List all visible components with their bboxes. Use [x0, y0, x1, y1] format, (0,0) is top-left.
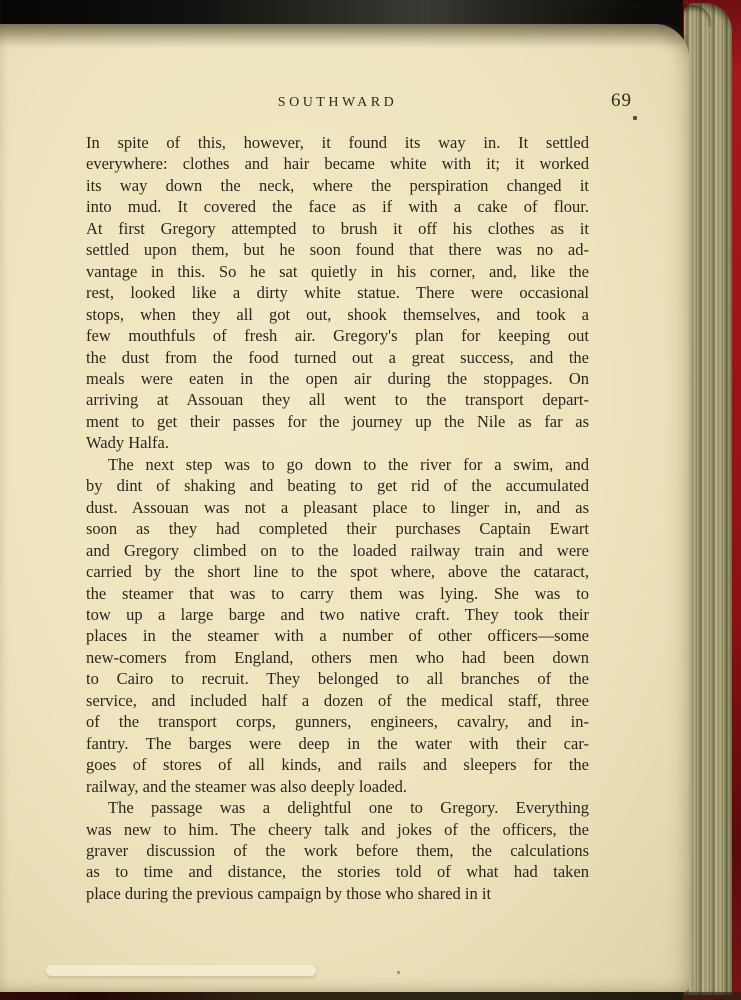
- text-line: into mud. It covered the face as if with…: [86, 196, 589, 217]
- text-line: tow up a large barge and two native craf…: [86, 604, 589, 625]
- text-line: dust. Assouan was not a pleasant place t…: [86, 497, 589, 518]
- text-line: to Cairo to recruit. They belonged to al…: [86, 668, 589, 689]
- text-line: ment to get their passes for the journey…: [86, 411, 589, 432]
- running-header: SOUTHWARD: [86, 95, 589, 111]
- text-line: everywhere: clothes and hair became whit…: [86, 153, 589, 174]
- page-top-shadow: [0, 24, 689, 48]
- text-line: stops, when they all got out, shook them…: [86, 304, 589, 325]
- text-line: railway, and the steamer was also deeply…: [86, 776, 589, 797]
- text-line: the dust from the food turned out a grea…: [86, 347, 589, 368]
- page-curl-highlight: [46, 965, 316, 976]
- text-line: place during the previous campaign by th…: [86, 883, 589, 904]
- text-line: carried by the short line to the spot wh…: [86, 561, 589, 582]
- text-line: by dint of shaking and beating to get ri…: [86, 475, 589, 496]
- text-block: In spite of this, however, it found its …: [86, 132, 589, 904]
- text-line: the steamer that was to carry them was l…: [86, 583, 589, 604]
- text-line: service, and included half a dozen of th…: [86, 690, 589, 711]
- text-line: vantage in this. So he sat quietly in hi…: [86, 261, 589, 282]
- scan-speck: [633, 116, 637, 120]
- text-line: new-comers from England, others men who …: [86, 647, 589, 668]
- text-line: Wady Halfa.: [86, 432, 589, 453]
- text-line: was new to him. The cheery talk and joke…: [86, 819, 589, 840]
- text-line: soon as they had completed their purchas…: [86, 518, 589, 539]
- book-page: SOUTHWARD 69 In spite of this, however, …: [0, 24, 689, 992]
- text-line: places in the steamer with a number of o…: [86, 625, 589, 646]
- text-line: as to time and distance, the stories tol…: [86, 861, 589, 882]
- book-scan: SOUTHWARD 69 In spite of this, however, …: [0, 0, 741, 1000]
- text-line: meals were eaten in the open air during …: [86, 368, 589, 389]
- text-line: In spite of this, however, it found its …: [86, 132, 589, 153]
- text-line: The next step was to go down to the rive…: [86, 454, 589, 475]
- text-line: The passage was a delightful one to Greg…: [86, 797, 589, 818]
- text-line: and Gregory climbed on to the loaded rai…: [86, 540, 589, 561]
- text-line: of the transport corps, gunners, enginee…: [86, 711, 589, 732]
- page-edges-right: [684, 3, 732, 995]
- scanner-shadow-bottom: [0, 992, 741, 1000]
- text-line: At first Gregory attempted to brush it o…: [86, 218, 589, 239]
- text-line: fantry. The barges were deep in the wate…: [86, 733, 589, 754]
- scanner-shadow-bar: [0, 0, 640, 26]
- page-number: 69: [611, 90, 632, 112]
- scan-speck: [397, 971, 400, 974]
- text-line: goes of stores of all kinds, and rails a…: [86, 754, 589, 775]
- text-line: graver discussion of the work before the…: [86, 840, 589, 861]
- text-line: few mouthfuls of fresh air. Gregory's pl…: [86, 325, 589, 346]
- text-line: rest, looked like a dirty white statue. …: [86, 282, 589, 303]
- text-line: its way down the neck, where the perspir…: [86, 175, 589, 196]
- text-line: settled upon them, but he soon found tha…: [86, 239, 589, 260]
- text-line: arriving at Assouan they all went to the…: [86, 389, 589, 410]
